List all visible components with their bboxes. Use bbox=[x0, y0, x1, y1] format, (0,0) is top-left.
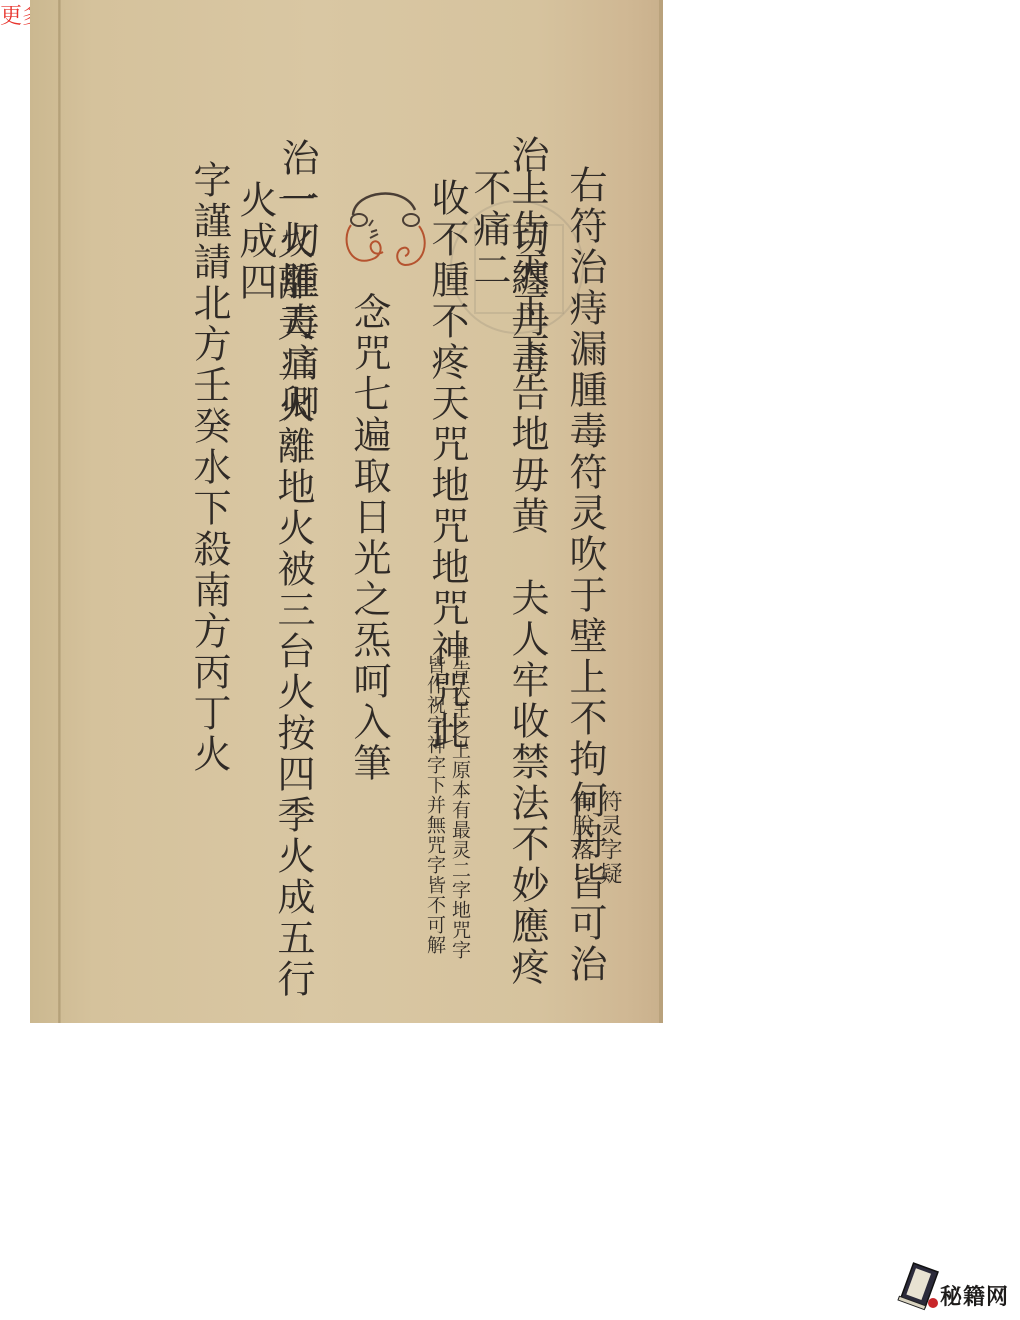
red-seal-dot-icon bbox=[928, 1298, 938, 1308]
column-3: 上告天王下告地毋黄 夫人牢收禁法不妙應疼不痛二 bbox=[470, 168, 546, 1023]
column-8: 字謹請北方壬癸水下殺南方丙丁火 bbox=[190, 160, 228, 775]
manuscript-page: 右符治痔漏腫毒符灵吹于壁上不拘何丹皆可治 符灵字疑 有脫落 治一切纏丹毒 上告天… bbox=[30, 0, 663, 1023]
logo-text: 秘籍网 bbox=[940, 1280, 1009, 1311]
column-1-note-a: 符灵字疑 bbox=[598, 790, 620, 886]
talisman-symbol-icon bbox=[335, 180, 435, 280]
column-7: 一火離天二火離地火被三台火按四季火成五行火成四 bbox=[236, 180, 312, 1023]
column-4-note-a: 上告天王之上原本有最灵二字地咒字 bbox=[450, 640, 469, 960]
column-1-note-b: 有脫落 bbox=[570, 790, 592, 862]
column-5: 念咒七遍取日光之炁呵入筆 bbox=[350, 292, 388, 784]
column-4-note-b: 皆作祝字神字下并無咒字皆不可解 bbox=[425, 655, 444, 955]
